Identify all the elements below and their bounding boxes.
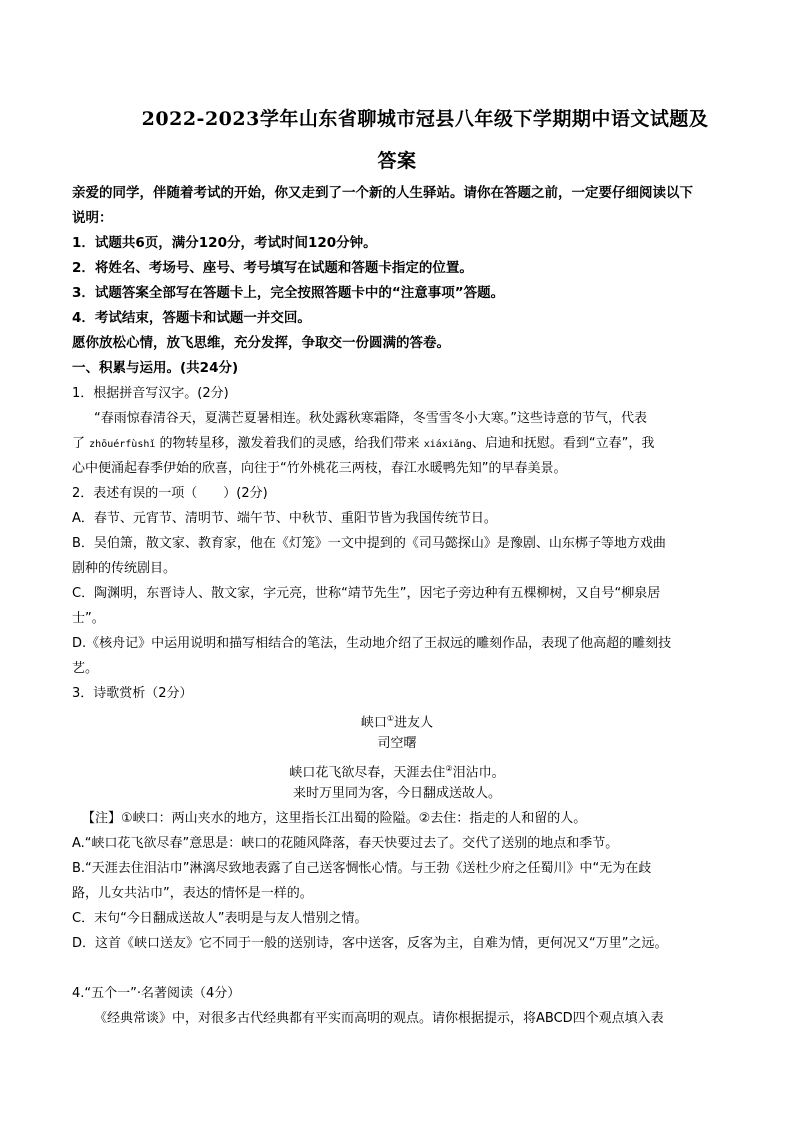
q4-para-line1: 《经典常谈》中，对很多古代经典都有平实而高明的观点。请你根据提示，将ABCD四个… [94,1010,754,1027]
poem-line2: 来时万里同为客，今日翻成送故人。 [0,785,794,802]
intro-line1: 亲爱的同学，伴随着考试的开始，你又走到了一个新的人生驿站。请你在答题之前，一定要… [72,185,732,202]
q2-option-d-line2: 艺。 [72,660,732,677]
poem-line1-text-post: 泪沾巾。 [453,765,505,780]
q1-para-line1: “春雨惊春清谷天，夏满芒夏暑相连。秋处露秋寒霜降，冬雪雪冬小大寒。”这些诗意的节… [94,410,754,427]
footnote-marker-2: ② [445,764,452,773]
q1-text-mid: 的物转星移，激发着我们的灵感，给我们带来 [160,436,420,451]
pinyin-blank-1: zhōuérfùshǐ [89,439,155,450]
poem-line1: 峡口花飞欲尽春，天涯去住②泪沾巾。 [0,760,794,781]
q2-option-c-line2: 士”。 [72,610,732,627]
rule-3: 3．试题答案全部写在答题卡上，完全按照答题卡中的“注意事项”答题。 [72,285,732,302]
poem-line1-text: 峡口花飞欲尽春，天涯去住 [289,765,445,780]
q3-option-b-line2: 路，儿女共沾巾”，表达的情怀是一样的。 [72,885,732,902]
intro-line2: 说明： [72,210,732,227]
q3-option-d: D．这首《峡口送友》它不同于一般的送别诗，客中送客，反客为主，自难为情，更何况又… [72,935,732,952]
rule-2: 2．将姓名、考场号、座号、考号填写在试题和答题卡指定的位置。 [72,260,732,277]
q1-text-post: 、启迪和抚慰。看到“立春”，我 [472,436,654,451]
poem-title-text: 峡口 [361,715,387,730]
q2-option-a: A．春节、元宵节、清明节、端午节、中秋节、重阳节皆为我国传统节日。 [72,510,732,527]
footnote-marker-1: ① [387,714,394,723]
rule-4: 4．考试结束，答题卡和试题一并交回。 [72,310,732,327]
q2-option-c-line1: C．陶渊明，东晋诗人、散文家，字元亮，世称“靖节先生”，因宅子旁边种有五棵柳树，… [72,585,732,602]
rule-1: 1．试题共6页，满分120分，考试时间120分钟。 [72,235,732,252]
poem-author: 司空曙 [0,735,794,752]
q2-option-b-line1: B．吴伯箫，散文家、教育家，他在《灯笼》一文中提到的《司马懿探山》是豫剧、山东梆… [72,535,732,552]
q1-heading: 1．根据拼音写汉字。(2分) [72,385,732,402]
q3-heading: 3．诗歌赏析（2分） [72,685,732,702]
section1-heading: 一、积累与运用。(共24分) [72,360,732,377]
q3-option-c: C．末句“今日翻成送故人”表明是与友人惜别之情。 [72,910,732,927]
q3-option-a: A.“峡口花飞欲尽春”意思是：峡口的花随风降落，春天快要过去了。交代了送别的地点… [72,835,732,852]
intro-closing: 愿你放松心情，放飞思维，充分发挥，争取交一份圆满的答卷。 [72,335,732,352]
poem-title-text-post: 进友人 [394,715,433,730]
exam-page: 2022-2023学年山东省聊城市冠县八年级下学期期中语文试题及 答案 亲爱的同… [0,0,794,1123]
document-title-line2: 答案 [0,146,794,173]
q2-option-d-line1: D.《核舟记》中运用说明和描写相结合的笔法，生动地介绍了王叔远的雕刻作品，表现了… [72,635,732,652]
q1-para-line3: 心中便涌起春季伊始的欣喜，向往于“竹外桃花三两枝，春江水暖鸭先知”的早春美景。 [72,460,732,477]
poem-note: 【注】①峡口：两山夹水的地方，这里指长江出蜀的险隘。②去住：指走的人和留的人。 [82,810,742,827]
q1-para-line2: 了 zhōuérfùshǐ 的物转星移，激发着我们的灵感，给我们带来 xiáxi… [72,435,732,453]
q1-text-pre: 了 [72,436,85,451]
document-title-line1: 2022-2023学年山东省聊城市冠县八年级下学期期中语文试题及 [100,104,750,131]
poem-title: 峡口①进友人 [0,710,794,731]
q4-heading: 4.“五个一”·名著阅读（4分） [72,985,732,1002]
pinyin-blank-2: xiáxiǎng [424,439,472,450]
q2-option-b-line2: 剧种的传统剧目。 [72,560,732,577]
q3-option-b-line1: B.“天涯去住泪沾巾”淋漓尽致地表露了自己送客惆怅心情。与王勃《送杜少府之任蜀川… [72,860,732,877]
q2-heading: 2．表述有误的一项（ ）(2分) [72,485,732,502]
